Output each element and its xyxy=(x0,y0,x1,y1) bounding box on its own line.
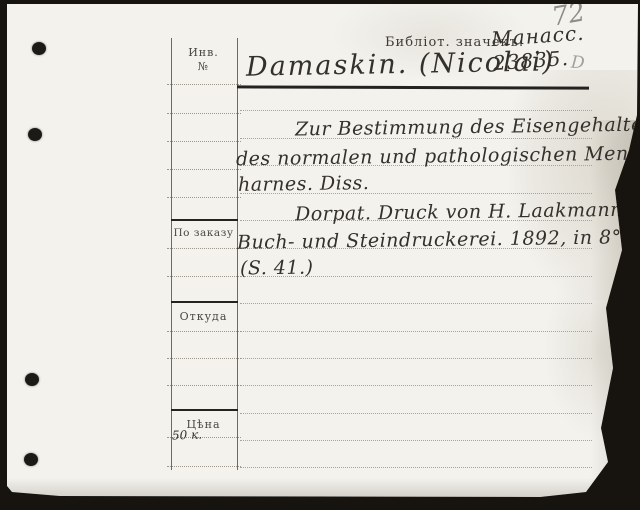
sidebar-divider xyxy=(171,219,238,221)
ruled-line xyxy=(240,413,592,414)
entry-line: (S. 41.) xyxy=(240,256,314,279)
ruled-line xyxy=(240,358,592,359)
sidebar-ruled-line xyxy=(167,385,241,386)
order-label: По заказу xyxy=(171,226,236,240)
sidebar-ruled-line xyxy=(167,197,241,198)
sidebar-ruled-line xyxy=(167,466,241,467)
punch-hole xyxy=(32,42,46,55)
ruled-line xyxy=(240,331,592,332)
ruled-line xyxy=(240,110,592,111)
sidebar-divider xyxy=(171,409,238,411)
sidebar-ruled-line xyxy=(167,113,241,114)
ruled-line xyxy=(240,385,592,386)
torn-edge-shadow xyxy=(590,120,640,500)
inventory-label-line2: № xyxy=(171,60,236,74)
sidebar-ruled-line xyxy=(167,141,241,142)
sidebar-divider xyxy=(171,301,238,303)
entry-line: Zur Bestimmung des Eisengehaltes xyxy=(295,114,640,141)
ruled-line xyxy=(240,467,592,468)
scanned-catalog-card: Инв. № По заказу Откуда Цѣна 50 к. Библі… xyxy=(0,0,640,510)
pencil-folio-number: 72 xyxy=(550,0,588,33)
sidebar-ruled-line xyxy=(167,276,241,277)
entry-line: Buch- und Steindruckerei. 1892, in 8°. xyxy=(237,226,628,253)
sidebar-ruled-line xyxy=(167,358,241,359)
sidebar-column xyxy=(171,38,238,470)
heading-underline xyxy=(237,85,589,89)
entry-line: Dorpat. Druck von H. Laakmann's xyxy=(295,199,639,226)
ruled-line xyxy=(240,303,592,304)
origin-label: Откуда xyxy=(171,310,236,324)
pencil-check-mark: D xyxy=(570,53,585,74)
inventory-label-line1: Инв. xyxy=(171,46,236,60)
bottom-edge-shadow xyxy=(7,478,638,498)
sidebar-ruled-line xyxy=(167,248,241,249)
punch-hole xyxy=(24,453,38,466)
price-value-handwritten: 50 к. xyxy=(172,427,203,442)
sidebar-ruled-line xyxy=(167,84,241,85)
ruled-line xyxy=(240,440,592,441)
sidebar-ruled-line xyxy=(167,169,241,170)
author-heading: Damaskin. (Nicolai) xyxy=(246,46,555,82)
water-stain xyxy=(510,70,640,300)
entry-line: harnes. Diss. xyxy=(238,172,370,196)
punch-hole xyxy=(28,128,42,141)
card-paper: Инв. № По заказу Откуда Цѣна 50 к. Библі… xyxy=(0,0,640,510)
sidebar-ruled-line xyxy=(167,331,241,332)
inventory-number-label: Инв. № xyxy=(171,46,236,74)
punch-hole xyxy=(25,373,39,386)
